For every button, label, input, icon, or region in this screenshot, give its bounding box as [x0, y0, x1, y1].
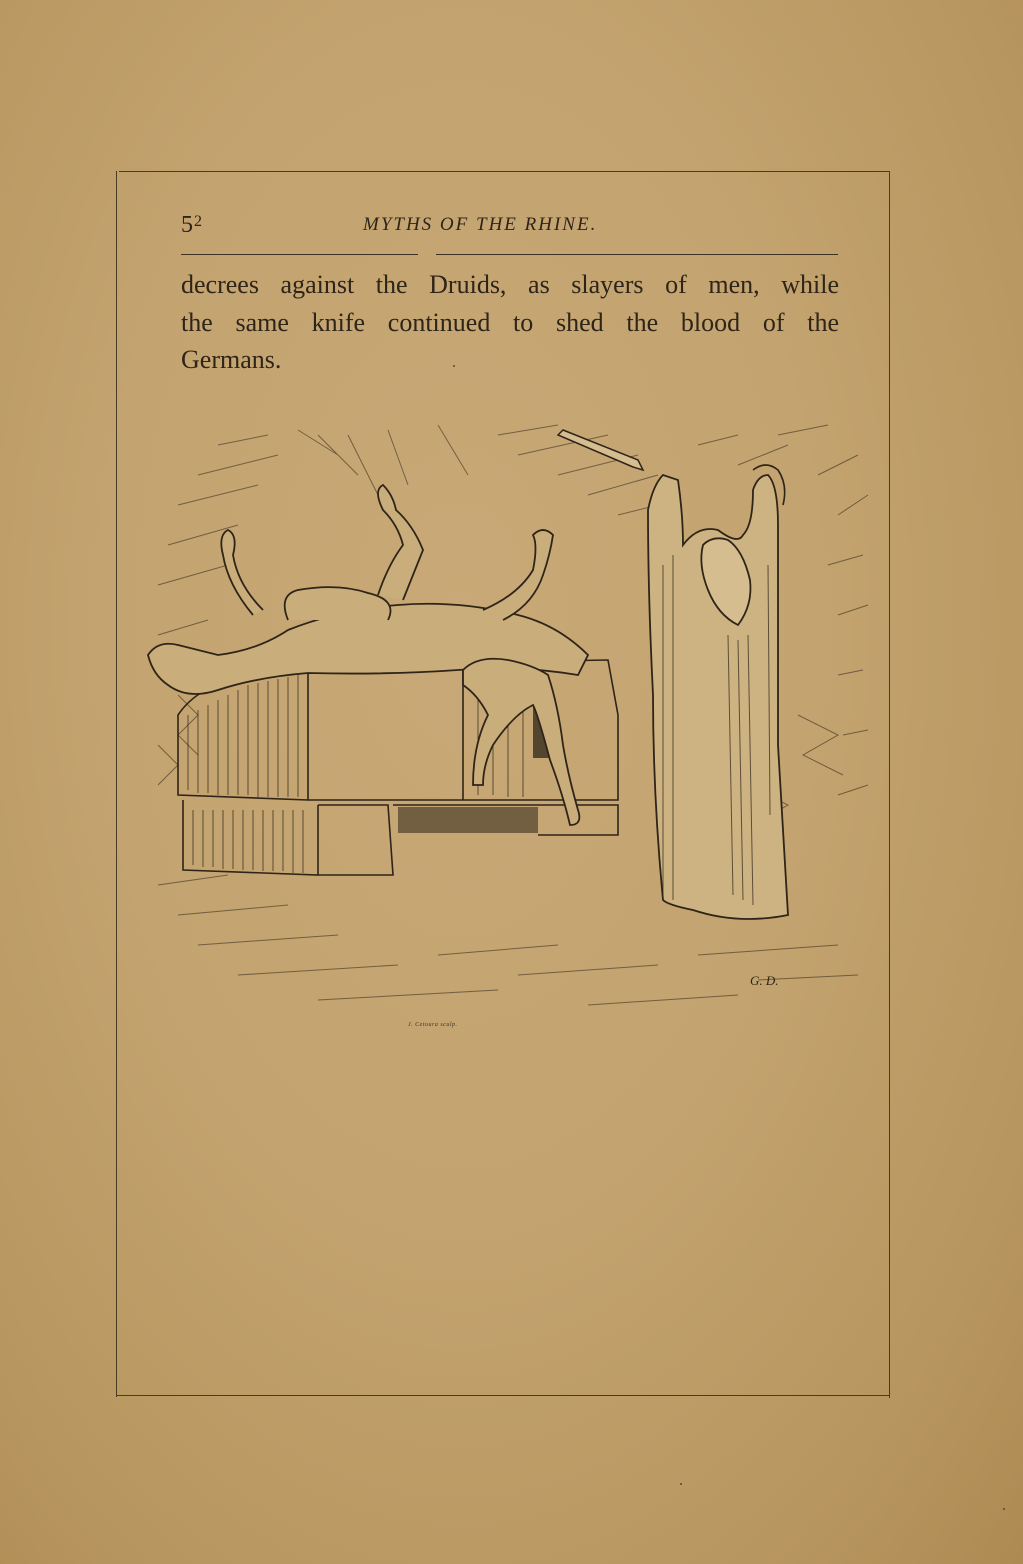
- engraving-image: G. D.: [138, 415, 878, 1030]
- engraver-credit: J. Cetoura sculp.: [408, 1022, 458, 1028]
- page-frame-bottom-border: [116, 1395, 889, 1396]
- text-line: the same knife continued to shed the blo…: [181, 304, 839, 342]
- page-frame-left-border: [116, 171, 117, 1397]
- header-rule-right: [436, 254, 838, 255]
- text-line: decrees against the Druids, as slayers o…: [181, 266, 839, 304]
- page-number: 52: [181, 212, 203, 239]
- ink-speck: [680, 1483, 682, 1485]
- header-rule-left: [181, 254, 418, 255]
- running-title: MYTHS OF THE RHINE.: [363, 214, 597, 236]
- body-paragraph: decrees against the Druids, as slayers o…: [181, 266, 839, 379]
- ink-speck: [453, 365, 455, 367]
- druid-sacrifice-illustration: G. D.: [138, 415, 878, 1030]
- artist-signature: G. D.: [750, 973, 779, 988]
- ink-speck: [1003, 1508, 1005, 1510]
- running-head: 52 MYTHS OF THE RHINE.: [181, 212, 838, 242]
- text-line: Germans.: [181, 341, 839, 379]
